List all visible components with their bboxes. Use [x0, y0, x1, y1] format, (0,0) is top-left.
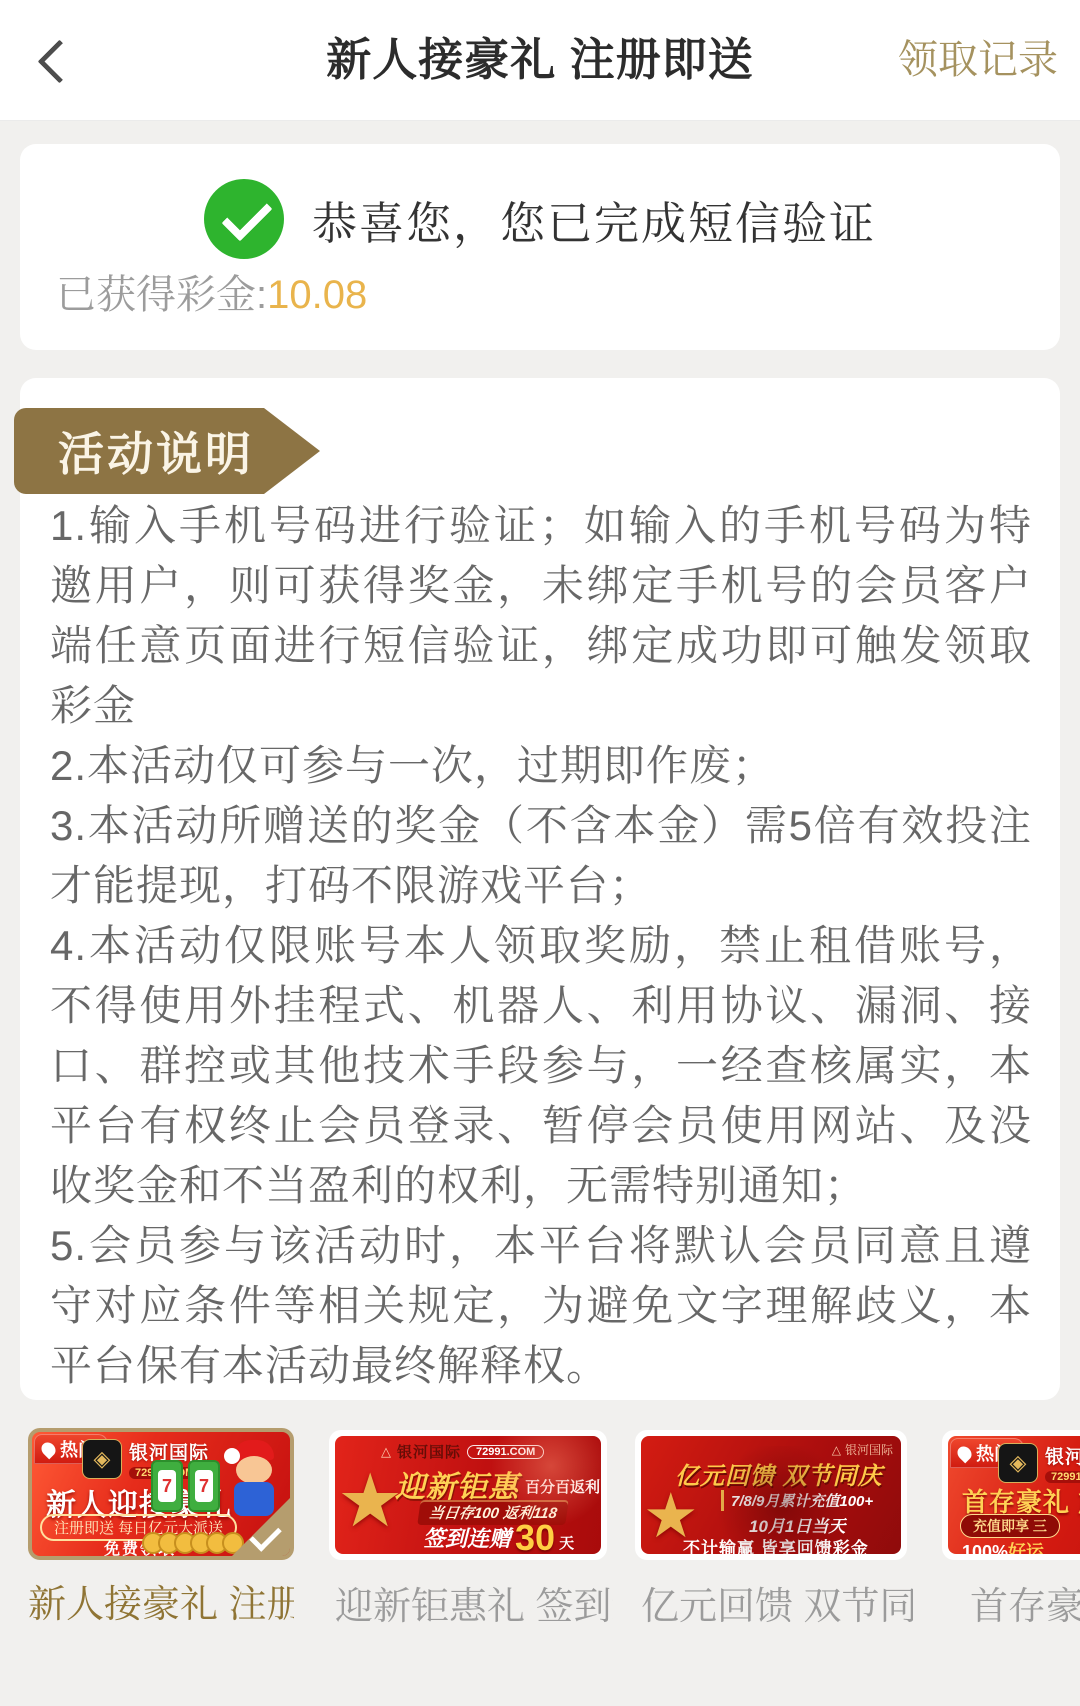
brand-logo: ◈ 银河国际 72991.COM [998, 1442, 1080, 1483]
star-icon: ★ [337, 1464, 403, 1538]
bonus-label: 已获得彩金: [56, 273, 267, 317]
rule-item: 1.输入手机号码进行验证；如输入的手机号码为特邀用户，则可获得奖金，未绑定手机号… [50, 496, 1032, 736]
brand-logo-icon: △ [832, 1443, 841, 1457]
banner-caption: 首存豪礼 [948, 1584, 1080, 1630]
recharge-condition-line: 7/8/9月累计充值100+ [721, 1490, 873, 1511]
banner-first-deposit[interactable]: 热门 ◈ 银河国际 72991.COM 首存豪礼 旗 充值即享 三 100%好运… [942, 1430, 1080, 1560]
banner-billion-art: ★ △ 银河国际 亿元回馈 双节同庆 7/8/9月累计充值100+ 10月1日当… [641, 1436, 901, 1554]
banner-title: 亿元回馈 双节同庆 [675, 1456, 883, 1491]
banner-caption: 新人接豪礼 注册即送 [28, 1582, 294, 1628]
rule-item: 3.本活动所赠送的奖金（不含本金）需5倍有效投注才能提现，打码不限游戏平台； [50, 796, 1032, 916]
rules-text: 1.输入手机号码进行验证；如输入的手机号码为特邀用户，则可获得奖金，未绑定手机号… [50, 496, 1032, 1396]
banner-title-suffix: 百分百返利 [525, 1476, 600, 1497]
bonus-line: 已获得彩金:10.08 [56, 263, 367, 320]
rules-ribbon-label: 活动说明 [58, 418, 254, 484]
brand-logo-icon: △ [381, 1444, 391, 1460]
rule-item: 4.本活动仅限账号本人领取奖励，禁止租借账号，不得使用外挂程式、机器人、利用协议… [50, 916, 1032, 1216]
status-message: 恭喜您，您已完成短信验证 [312, 187, 876, 252]
luck-line: 100%好运 [962, 1538, 1044, 1554]
claim-history-link[interactable]: 领取记录 [898, 0, 1058, 120]
banner-caption: 迎新钜惠礼 签到返利 [335, 1584, 613, 1630]
banner-newcomer-gift[interactable]: 热门 ◈ 银河国际 72991.COM 新人迎接豪礼 注册即送 每日亿元大派送 … [28, 1428, 294, 1560]
success-check-icon [204, 179, 284, 259]
brand-domain: 72991.COM [467, 1445, 544, 1459]
check-tick [222, 191, 273, 242]
banner-caption: 亿元回馈 双节同庆 [641, 1584, 913, 1630]
brand-logo: △ 银河国际 72991.COM [381, 1441, 544, 1462]
rules-ribbon: 活动说明 [14, 408, 320, 494]
brand-logo-icon: ◈ [998, 1443, 1038, 1483]
brand-name: 银河国际 [1045, 1442, 1080, 1469]
banner-welcome-art: ★ △ 银河国际 72991.COM 迎新钜惠 百分百返利 当日存100 返利1… [335, 1436, 601, 1554]
reward-line: 不计输赢 皆享回馈彩金 [683, 1534, 869, 1554]
bonus-value: 10.08 [267, 273, 367, 317]
header: 新人接豪礼 注册即送 领取记录 [0, 0, 1080, 121]
promo-page: 新人接豪礼 注册即送 领取记录 恭喜您，您已完成短信验证 已获得彩金:10.08… [0, 0, 1080, 1706]
rule-item: 5.会员参与该活动时，本平台将默认会员同意且遵守对应条件等相关规定，为避免文字理… [50, 1216, 1032, 1396]
slot-reels-icon: 7 7 [151, 1460, 220, 1512]
flame-icon [39, 1439, 59, 1459]
signin-line: 签到连赠 30 天 [423, 1522, 574, 1553]
event-date-line: 10月1日当天 [749, 1512, 845, 1537]
flame-icon [955, 1443, 975, 1463]
banner-newcomer-art: 热门 ◈ 银河国际 72991.COM 新人迎接豪礼 注册即送 每日亿元大派送 … [28, 1428, 294, 1560]
banner-welcome-rebate[interactable]: ★ △ 银河国际 72991.COM 迎新钜惠 百分百返利 当日存100 返利1… [329, 1430, 607, 1560]
banner-billion-feedback[interactable]: ★ △ 银河国际 亿元回馈 双节同庆 7/8/9月累计充值100+ 10月1日当… [635, 1430, 907, 1560]
gold-coins-icon [142, 1532, 238, 1554]
banner-subtitle-pill: 充值即享 三 [960, 1514, 1060, 1538]
promo-banner-carousel: 热门 ◈ 银河国际 72991.COM 新人迎接豪礼 注册即送 每日亿元大派送 … [0, 1428, 1080, 1706]
brand-logo-icon: ◈ [82, 1439, 122, 1479]
brand-name: 银河国际 [397, 1441, 461, 1462]
rule-item: 2.本活动仅可参与一次，过期即作废； [50, 736, 1032, 796]
sms-verified-card: 恭喜您，您已完成短信验证 已获得彩金:10.08 [20, 144, 1060, 350]
banner-first-deposit-art: 热门 ◈ 银河国际 72991.COM 首存豪礼 旗 充值即享 三 100%好运 [948, 1436, 1080, 1554]
activity-rules-card: 活动说明 1.输入手机号码进行验证；如输入的手机号码为特邀用户，则可获得奖金，未… [20, 378, 1060, 1400]
status-row: 恭喜您，您已完成短信验证 [20, 178, 1060, 260]
